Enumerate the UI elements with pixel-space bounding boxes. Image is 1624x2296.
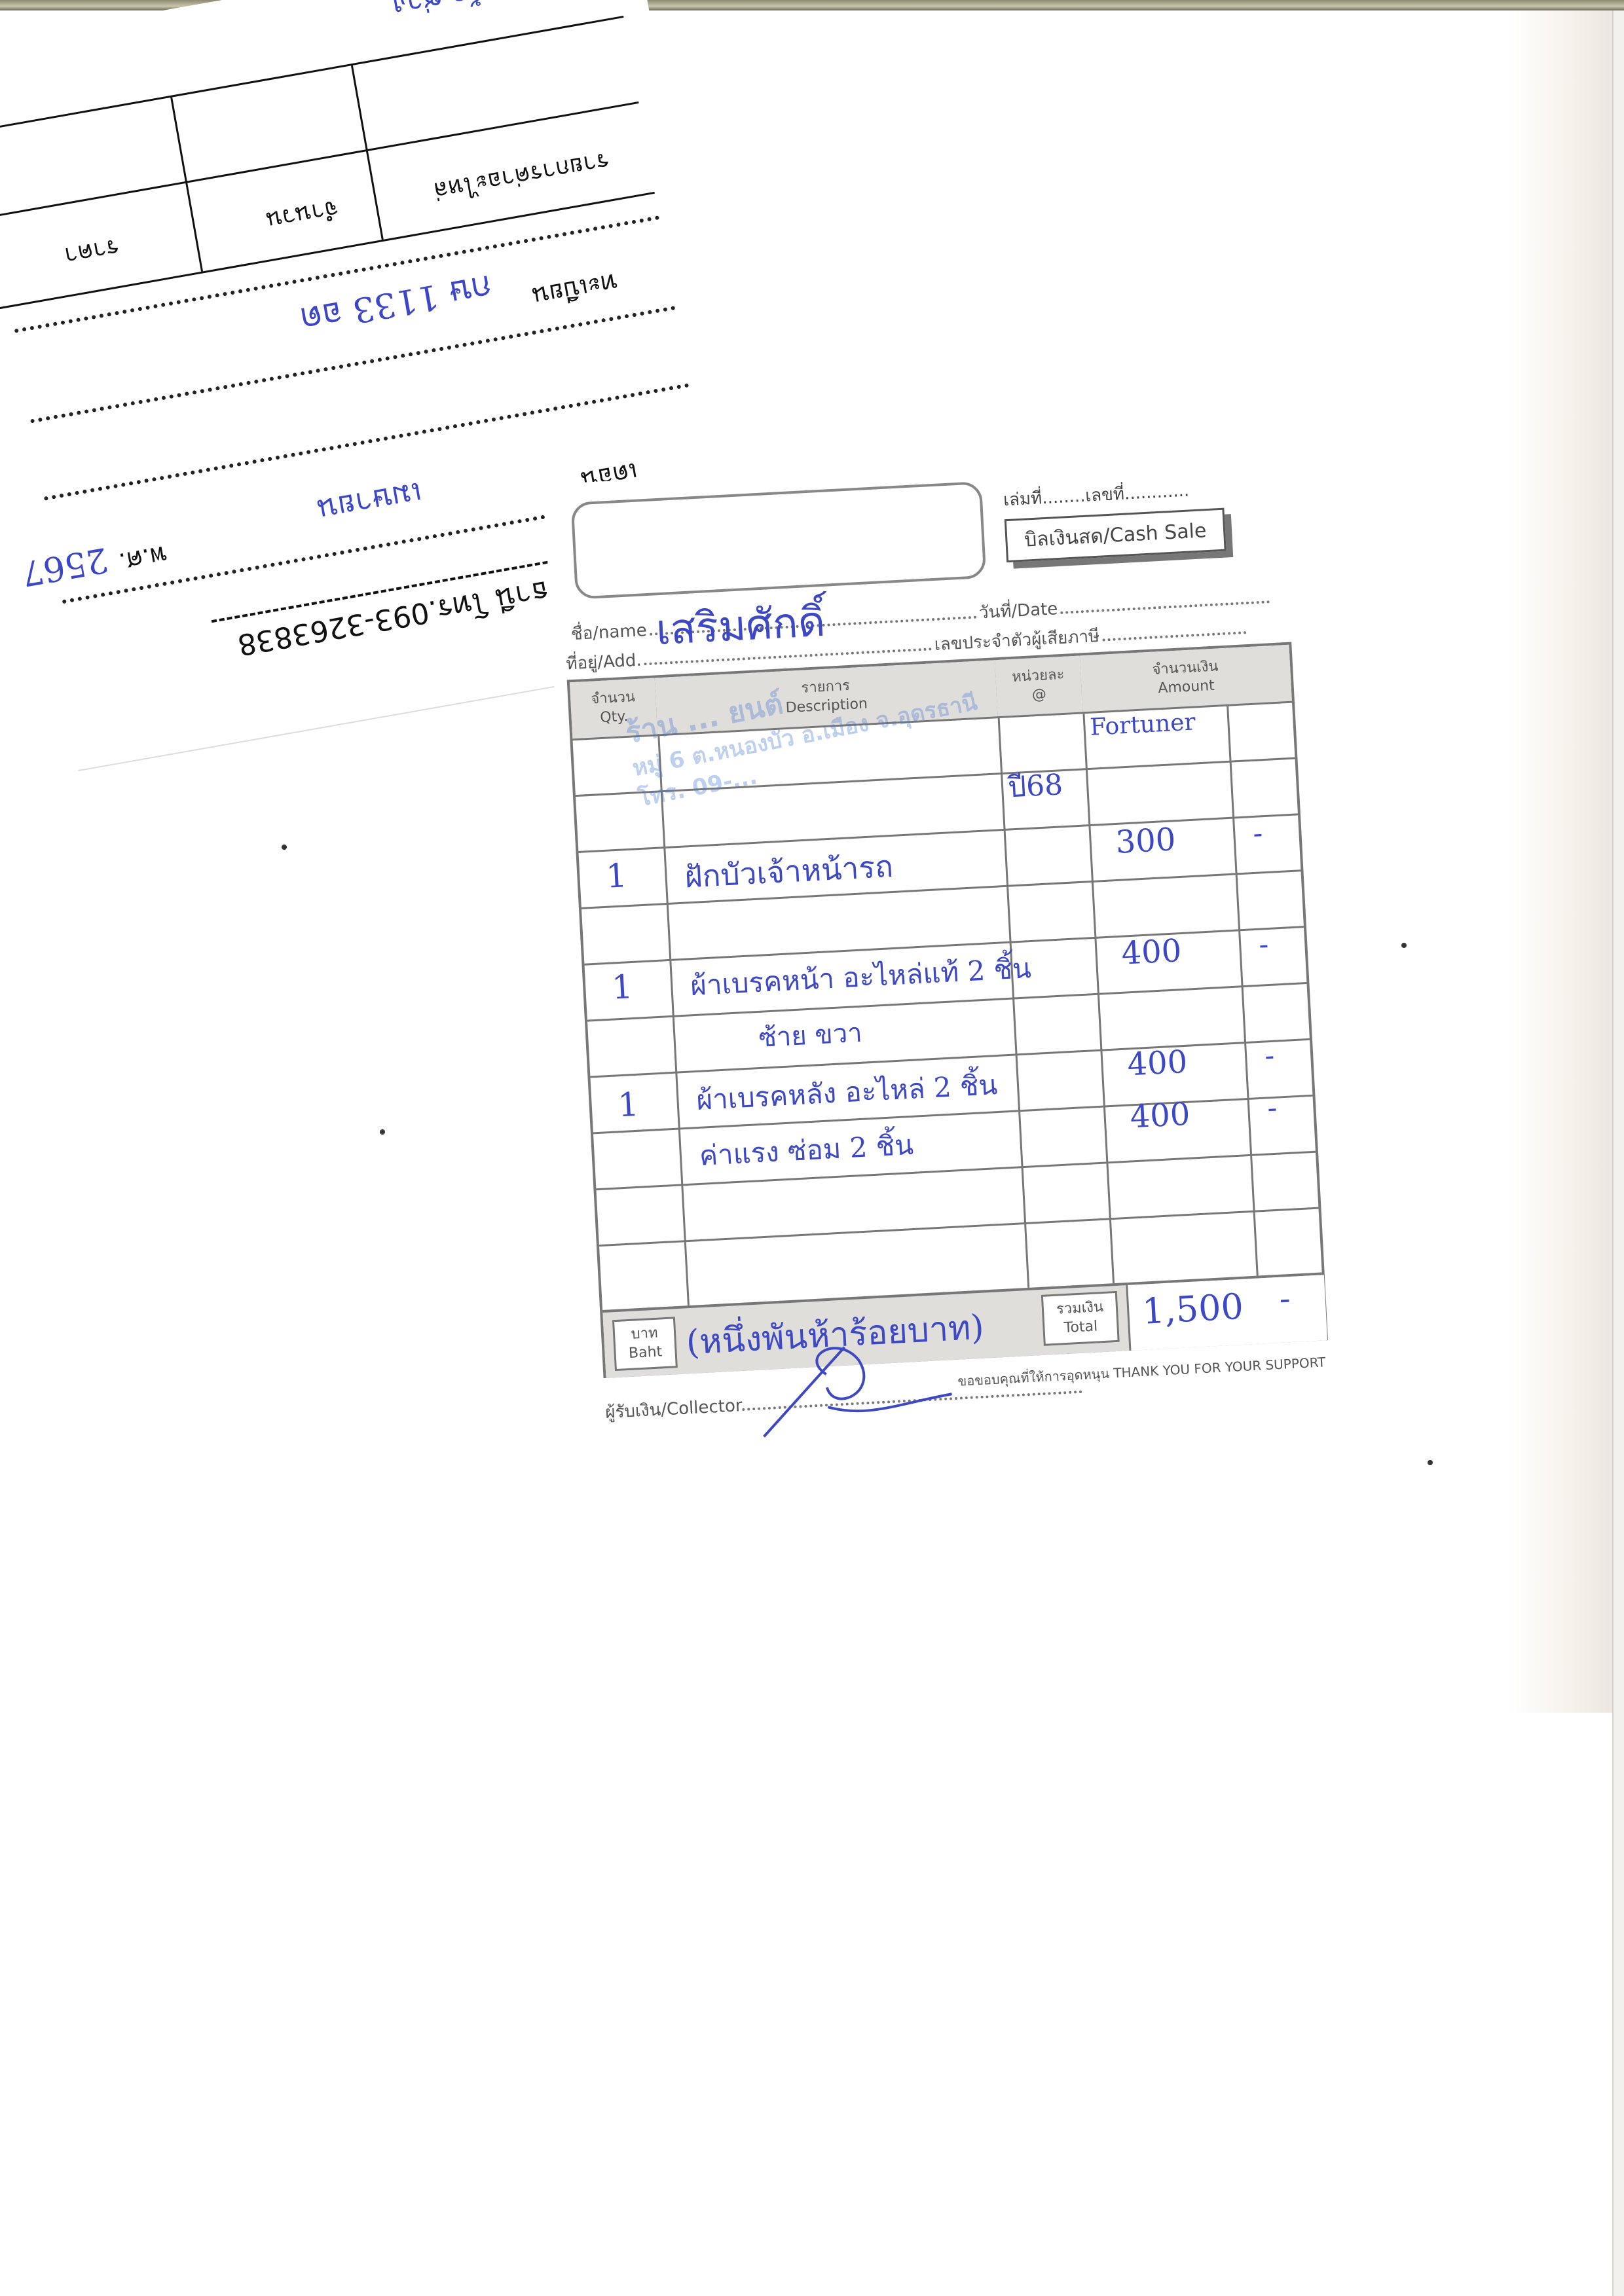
total-label: รวมเงินTotal <box>1041 1291 1120 1346</box>
paper-stain <box>1509 10 1614 1713</box>
customer-name: เสริมศักดิ์ <box>654 588 826 663</box>
collector-signature <box>746 1328 961 1444</box>
scan-speck <box>282 845 287 850</box>
scanner-right-edge <box>1612 10 1624 2296</box>
slip-header-parts: รายการค่าอะไหล่ <box>431 143 612 210</box>
total-satang: - <box>1278 1279 1291 1318</box>
vehicle-year-note: ปี68 <box>1006 761 1063 810</box>
scan-speck <box>1428 1460 1433 1465</box>
plate-label: ทะเบียน <box>529 263 620 317</box>
baht-label: บาทBaht <box>612 1317 678 1371</box>
scan-speck <box>380 1129 385 1135</box>
scan-speck <box>1401 943 1407 948</box>
year-label: พ.ศ. <box>116 535 170 583</box>
year-value: 2567 <box>18 539 111 593</box>
col-amount-header: จำนวนเงินAmount <box>1080 645 1292 712</box>
date-label: วันที่/Date <box>978 599 1058 623</box>
slip-header-price: ราคา <box>62 229 122 276</box>
items-table: จำนวนQty. รายการDescription หน่วยละ@ จำน… <box>567 642 1328 1379</box>
slip-parts-table: รายการค่าอะไหล่ จำนวน ราคา <box>0 16 655 314</box>
slip-header-qty: จำนวน <box>264 190 342 239</box>
total-cell: 1,500 - <box>1126 1275 1327 1351</box>
name-label: ชื่อ/name <box>570 621 647 644</box>
address-label: ที่อยู่/Add. <box>566 651 642 674</box>
month-value: เมษายน <box>314 469 426 534</box>
vehicle-note: Fortuner <box>1090 708 1196 740</box>
collector-label: ผู้รับเงิน/Collector <box>605 1396 743 1423</box>
cash-sale-receipt: เล่มที่........เลขที่............ บิลเงิ… <box>544 445 1363 1518</box>
total-value: 1,500 <box>1141 1286 1245 1332</box>
